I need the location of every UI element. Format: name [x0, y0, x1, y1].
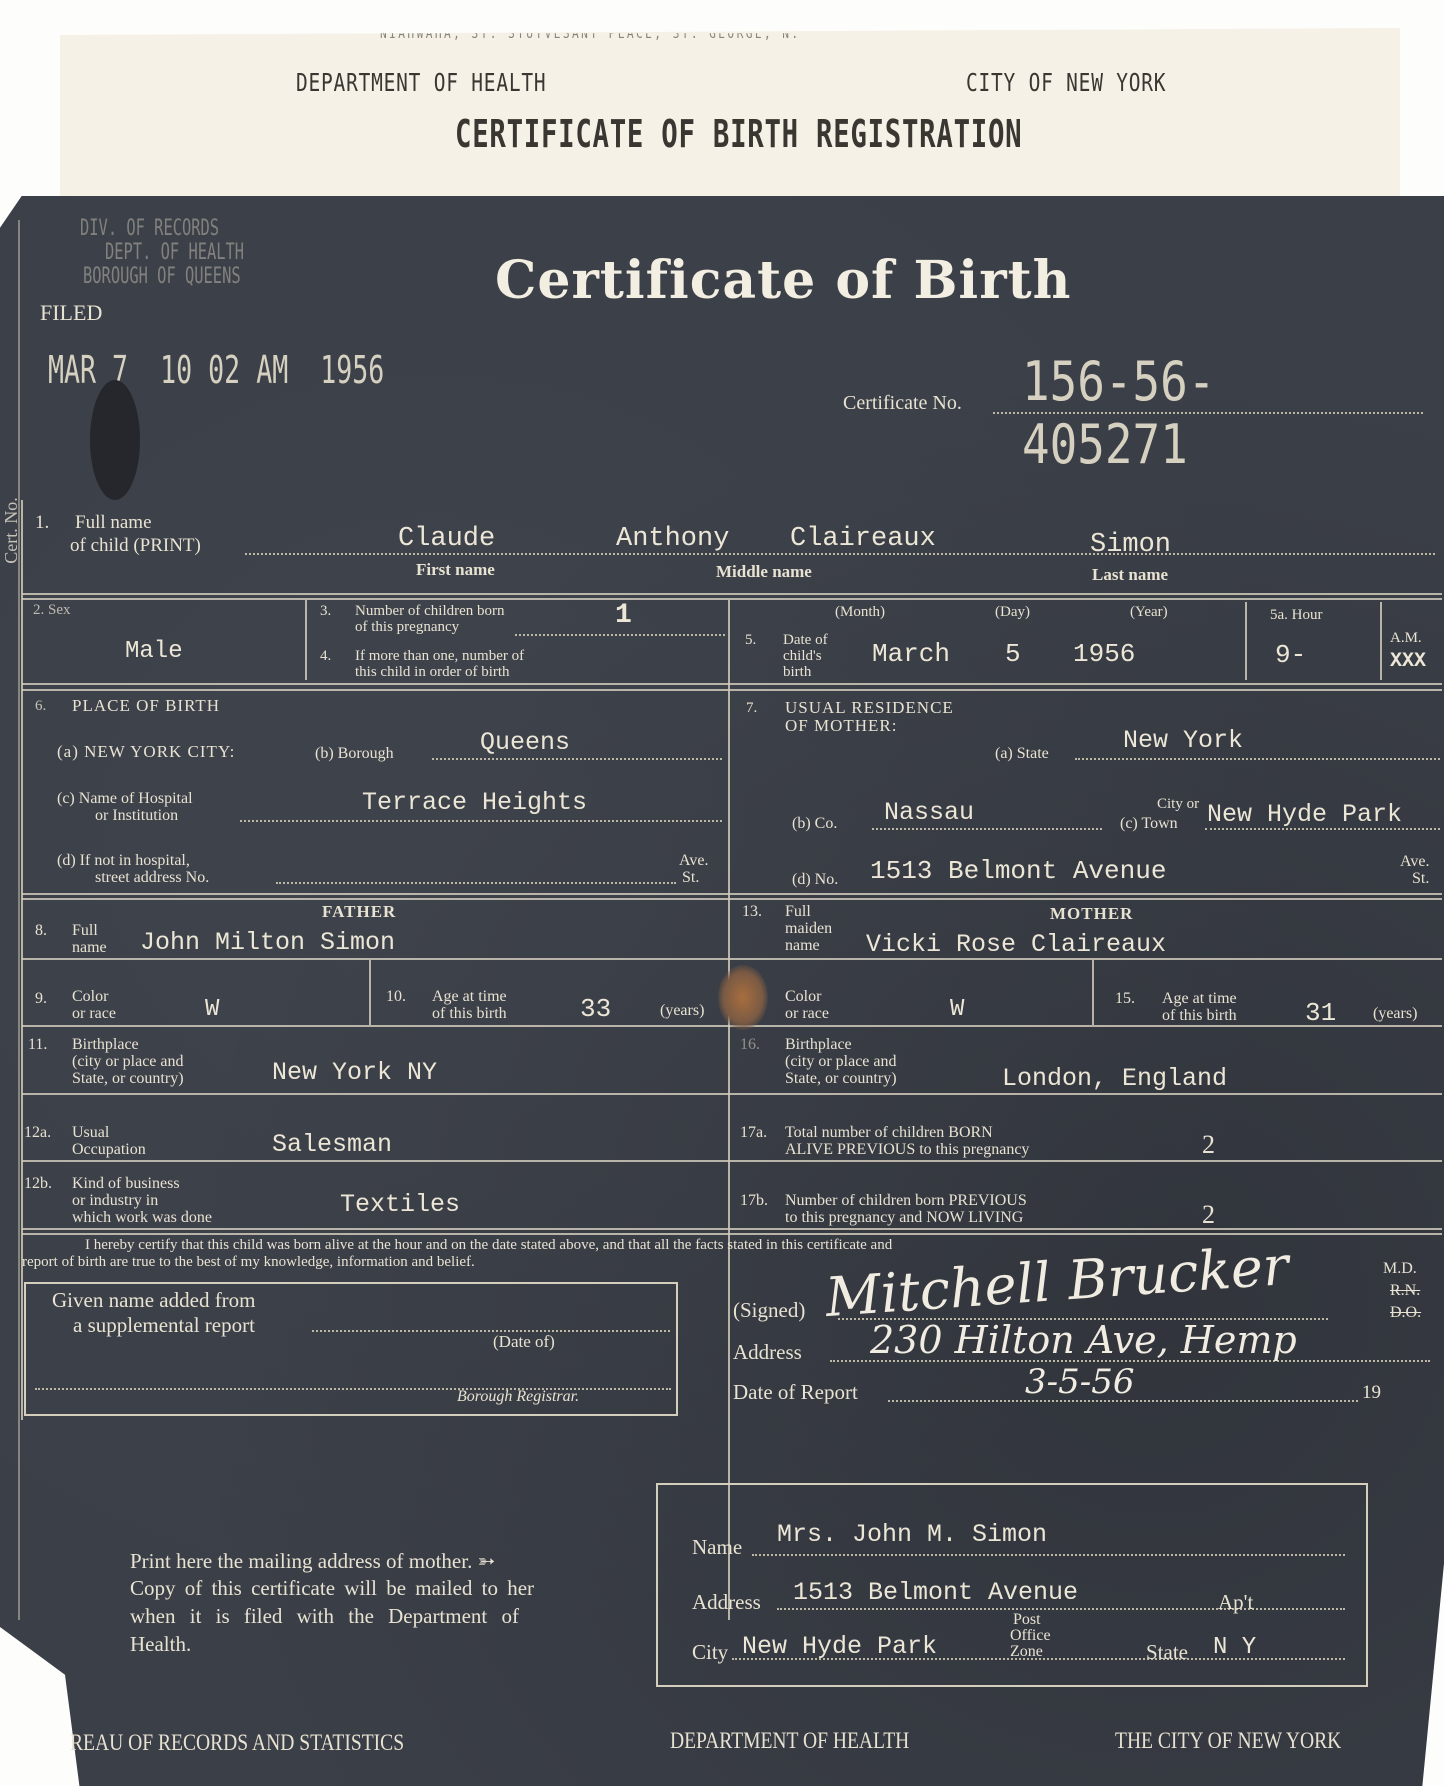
business-label-1: Kind of business [72, 1175, 180, 1192]
supplemental-label-2: a supplemental report [73, 1313, 255, 1338]
item10-num: 10. [386, 988, 406, 1005]
mailing-name: Mrs. John M. Simon [777, 1520, 1047, 1549]
father-birthplace-label-1: Birthplace [72, 1036, 139, 1053]
item4-label-1: If more than one, number of [355, 648, 524, 664]
header-department: DEPARTMENT OF HEALTH [296, 68, 546, 97]
footer-bureau: REAU OF RECORDS AND STATISTICS [70, 1730, 404, 1756]
rule [1380, 602, 1382, 680]
county-label: (b) Co. [792, 815, 837, 832]
left-border-dotted [18, 220, 20, 1620]
ampm-value: XXX [1390, 650, 1426, 673]
rule [22, 1228, 1442, 1230]
hospital-value: Terrace Heights [362, 788, 587, 817]
mother-name-label-3: name [785, 937, 820, 954]
arrow-right-icon: ➳ [478, 1549, 496, 1573]
item9-num: 9. [35, 990, 47, 1007]
header-city: CITY OF NEW YORK [966, 68, 1166, 97]
ave-label-2: Ave. [1400, 853, 1429, 870]
side-cert-no-label: Cert. No. [1, 497, 22, 564]
item3-value: 1 [615, 600, 632, 631]
now-living-label-1: Number of children born PREVIOUS [785, 1192, 1027, 1209]
item17b-num: 17b. [740, 1192, 768, 1209]
title-md: M.D. [1383, 1260, 1417, 1278]
mailing-name-line [752, 1554, 1345, 1556]
borough-line [432, 758, 722, 760]
child-middle-name: Anthony [616, 524, 729, 554]
date-of-label: (Date of) [493, 1332, 555, 1352]
rule [22, 893, 1442, 895]
signed-label: (Signed) [733, 1298, 805, 1323]
supplemental-line [312, 1330, 670, 1332]
place-of-birth-title: PLACE OF BIRTH [72, 696, 220, 716]
state-value: New York [1123, 726, 1243, 755]
item1-num: 1. [35, 512, 49, 534]
item8-num: 8. [35, 922, 47, 939]
sex-value: Male [125, 638, 183, 665]
born-alive-label-2: ALIVE PREVIOUS to this pregnancy [785, 1141, 1029, 1158]
rule [22, 898, 1442, 900]
ampm-label: A.M. [1390, 630, 1422, 646]
mother-race-label-1: Color [785, 988, 821, 1005]
item11-num: 11. [28, 1036, 47, 1053]
mother-birthplace: London, England [1002, 1064, 1227, 1093]
business-label-3: which work was done [72, 1209, 212, 1226]
residence-title-2: OF MOTHER: [785, 716, 897, 736]
occupation-label-1: Usual [72, 1124, 109, 1141]
mother-birthplace-label-1: Birthplace [785, 1036, 852, 1053]
date-of-report: 3-5-56 [1025, 1362, 1135, 1402]
item3-line [515, 634, 725, 636]
stamp-line-3: BOROUGH OF QUEENS [83, 264, 241, 289]
supplemental-label-1: Given name added from [52, 1288, 256, 1313]
mailing-city: New Hyde Park [742, 1632, 937, 1661]
rule [305, 600, 307, 680]
father-race-label-1: Color [72, 988, 108, 1005]
city-label-2: (c) Town [1120, 815, 1178, 832]
stamp-line-1: DIV. OF RECORDS [80, 216, 219, 241]
father-name-label-1: Full [72, 922, 98, 939]
item16-num: 16. [740, 1036, 760, 1053]
item13-num: 13. [742, 903, 762, 920]
father-name: John Milton Simon [140, 928, 395, 957]
item5-label-1: Date of [783, 632, 828, 648]
child-last-name: Simon [1090, 530, 1171, 560]
city-value: New Hyde Park [1207, 800, 1402, 829]
mother-heading: MOTHER [1050, 904, 1133, 924]
day-caption: (Day) [995, 604, 1030, 620]
zone-label-2: Office [1010, 1628, 1051, 1644]
address-label: Address [733, 1340, 802, 1365]
item1-label-1: Full name [75, 512, 152, 534]
mailing-instruction-4: Health. [130, 1632, 191, 1657]
item15-num: 15. [1115, 990, 1135, 1007]
borough-label: (b) Borough [315, 745, 394, 762]
sex-label: 2. Sex [33, 602, 71, 618]
address-label-1: (d) If not in hospital, [57, 852, 190, 869]
mother-age-label-2: of this birth [1162, 1007, 1237, 1024]
now-living-value: 2 [1202, 1200, 1215, 1230]
mailing-name-label: Name [692, 1535, 742, 1560]
mother-name-label-1: Full [785, 903, 811, 920]
mother-years-label: (years) [1373, 1005, 1417, 1022]
date-of-report-label: Date of Report [733, 1380, 858, 1405]
item7-num: 7. [746, 700, 757, 716]
hospital-label-2: or Institution [95, 807, 178, 824]
born-alive-label-1: Total number of children BORN [785, 1124, 993, 1141]
county-value: Nassau [884, 798, 974, 827]
month-caption: (Month) [835, 604, 885, 620]
title-do: D.O. [1390, 1304, 1421, 1322]
now-living-label-2: to this pregnancy and NOW LIVING [785, 1209, 1023, 1226]
title-rn: R.N. [1390, 1282, 1420, 1300]
state-line [1075, 758, 1440, 760]
mailing-instruction-3: when it is filed with the Department of [130, 1604, 519, 1629]
mother-birthplace-label-2: (city or place and [785, 1053, 897, 1070]
mother-name: Vicki Rose Claireaux [866, 930, 1166, 959]
child-first-name: Claude [398, 524, 495, 554]
item5-label-2: child's [783, 648, 822, 664]
certificate-title: Certificate of Birth [495, 250, 1071, 311]
middle-name-caption: Middle name [716, 562, 812, 582]
rule [22, 683, 1442, 685]
header-faint-address: NIAHWAHA, ST. STUYVESANT PLACE, ST. GEOR… [380, 26, 801, 42]
father-race: W [205, 996, 219, 1023]
item3-label-1: Number of children born [355, 603, 505, 619]
father-birthplace-label-2: (city or place and [72, 1053, 184, 1070]
father-race-label-2: or race [72, 1005, 116, 1022]
filed-label: FILED [40, 300, 102, 326]
residence-title-1: USUAL RESIDENCE [785, 698, 954, 718]
mailing-state-label: State [1146, 1640, 1188, 1665]
father-years-label: (years) [660, 1002, 704, 1019]
borough-value: Queens [480, 728, 570, 757]
father-age-label-1: Age at time [432, 988, 507, 1005]
stamp-line-2: DEPT. OF HEALTH [105, 240, 244, 265]
nyc-label: (a) NEW YORK CITY: [57, 742, 235, 762]
hour-label: 5a. Hour [1270, 607, 1323, 623]
occupation-label-2: Occupation [72, 1141, 146, 1158]
state-label: (a) State [995, 745, 1049, 762]
item6-num: 6. [35, 698, 46, 714]
born-alive-value: 2 [1202, 1130, 1215, 1160]
item1-label-2: of child (PRINT) [70, 535, 201, 557]
item4-num: 4. [320, 648, 331, 664]
street-label: (d) No. [792, 871, 838, 888]
item12a-num: 12a. [24, 1124, 51, 1141]
mailing-state: N Y [1213, 1634, 1256, 1661]
mother-name-label-2: maiden [785, 920, 832, 937]
certification-text-1: I hereby certify that this child was bor… [85, 1237, 892, 1254]
apt-label: Ap't [1218, 1590, 1253, 1615]
rule [22, 1160, 1442, 1162]
ink-stain [90, 380, 140, 500]
address-line [276, 882, 676, 884]
filed-timestamp: MAR 7 10 02 AM 1956 [48, 348, 384, 392]
mother-race: W [950, 996, 964, 1023]
address-label-2: street address No. [95, 869, 209, 886]
year-prefix: 19 [1362, 1382, 1381, 1404]
rule [22, 1233, 1442, 1235]
father-age-label-2: of this birth [432, 1005, 507, 1022]
zone-label-1: Post [1013, 1612, 1041, 1628]
business-label-2: or industry in [72, 1192, 158, 1209]
registrar-label: Borough Registrar. [457, 1388, 579, 1406]
st-label: St. [682, 869, 699, 886]
hospital-label-1: (c) Name of Hospital [57, 790, 193, 807]
item3-label-2: of this pregnancy [355, 619, 459, 635]
county-line [872, 828, 1102, 830]
city-label-1: City or [1157, 796, 1199, 812]
rule [1245, 602, 1247, 680]
birth-day: 5 [1005, 639, 1021, 669]
rule [369, 960, 371, 1025]
left-border-line [21, 500, 23, 1420]
mailing-address: 1513 Belmont Avenue [793, 1578, 1078, 1607]
item3-num: 3. [320, 603, 331, 619]
birth-month: March [872, 639, 950, 669]
physician-address: 230 Hilton Ave, Hemp [870, 1318, 1297, 1362]
mailing-instruction-1: Print here the mailing address of mother… [130, 1549, 495, 1574]
first-name-caption: First name [416, 560, 495, 580]
footer-city: THE CITY OF NEW YORK [1115, 1728, 1341, 1754]
certification-text-2: report of birth are true to the best of … [22, 1254, 475, 1271]
hospital-line [240, 820, 722, 822]
child-middle-name-2: Claireaux [790, 524, 936, 554]
item4-label-2: this child in order of birth [355, 664, 510, 680]
rust-stain [718, 965, 768, 1030]
footer-department: DEPARTMENT OF HEALTH [670, 1728, 909, 1754]
item12b-num: 12b. [24, 1175, 52, 1192]
mailing-city-label: City [692, 1640, 728, 1665]
mailing-instruction-text: Print here the mailing address of mother… [130, 1549, 472, 1573]
rule [22, 958, 1442, 960]
father-birthplace: New York NY [272, 1058, 437, 1087]
father-birthplace-label-3: State, or country) [72, 1070, 184, 1087]
ave-label: Ave. [679, 852, 708, 869]
zone-label-3: Zone [1010, 1644, 1043, 1660]
hour-value: 9- [1275, 640, 1306, 670]
rule [1092, 960, 1094, 1025]
last-name-caption: Last name [1092, 565, 1168, 585]
mailing-address-line [777, 1608, 1345, 1610]
rule [22, 689, 1442, 691]
item5-label-3: birth [783, 664, 811, 680]
mother-birthplace-label-3: State, or country) [785, 1070, 897, 1087]
street-value: 1513 Belmont Avenue [870, 856, 1166, 886]
certificate-number-label: Certificate No. [843, 392, 962, 415]
birth-year: 1956 [1073, 639, 1135, 669]
father-heading: FATHER [322, 902, 396, 922]
rule [22, 598, 1442, 600]
mother-age-label-1: Age at time [1162, 990, 1237, 1007]
rule [22, 1093, 1442, 1095]
mother-race-label-2: or race [785, 1005, 829, 1022]
occupation-value: Salesman [272, 1130, 392, 1159]
mailing-address-label: Address [692, 1590, 761, 1615]
header-title: CERTIFICATE OF BIRTH REGISTRATION [455, 112, 1022, 156]
business-value: Textiles [340, 1190, 460, 1219]
year-caption: (Year) [1130, 604, 1168, 620]
item17a-num: 17a. [740, 1124, 767, 1141]
mother-age: 31 [1305, 998, 1336, 1028]
mailing-instruction-2: Copy of this certificate will be mailed … [130, 1576, 534, 1601]
item5-num: 5. [745, 632, 756, 648]
center-divider [728, 600, 730, 1620]
rule [22, 593, 1442, 595]
certificate-number: 156-56-405271 [1022, 350, 1381, 476]
father-name-label-2: name [72, 939, 107, 956]
st-label-2: St. [1412, 870, 1429, 887]
father-age: 33 [580, 994, 611, 1024]
